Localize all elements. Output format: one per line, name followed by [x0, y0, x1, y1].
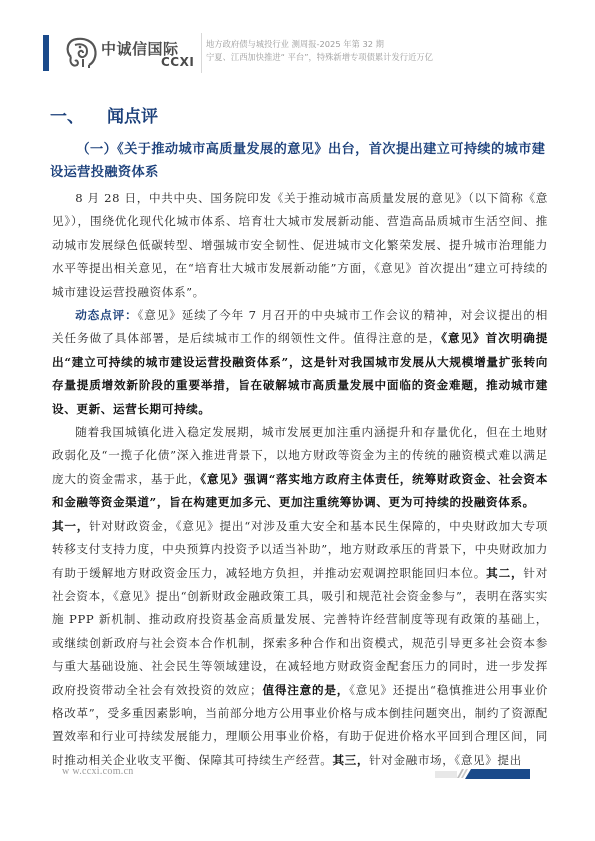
ccxi-logo: 中诚信国际 CCXI: [63, 35, 203, 71]
elephant-logo-icon: [63, 35, 103, 71]
section-number: 一、: [50, 102, 107, 127]
subsection-title: （一）《关于推动城市高质量发展的意见》出台，首次提出建立可持续的城市建设运营投融…: [50, 142, 545, 180]
page-header: 中诚信国际 CCXI 地方政府债与城投行业 测周报-2025 年第 32 期 宁…: [43, 33, 563, 73]
header-accent-bar: [43, 35, 49, 71]
report-title-line2: 宁夏、江西加快推进“ 平台”，特殊新增专项债累计发行近万亿: [206, 51, 433, 64]
section-title: 闻点评: [107, 107, 158, 127]
notable-label: 值得注意的是，: [262, 683, 349, 697]
footer-decoration-bar: [435, 768, 530, 780]
commentary-label: 动态点评：: [75, 308, 137, 322]
paragraph-intro: 8 月 28 日，中共中央、国务院印发《关于推动城市高质量发展的意见》（以下简称…: [52, 187, 548, 304]
header-divider: [201, 33, 202, 73]
point-three-label: 其三，: [332, 753, 369, 767]
point-one-label: 其一，: [52, 519, 89, 533]
section-heading: 一、闻点评: [50, 102, 158, 127]
paragraph-details: 其一，针对财政资金，《意见》提出“对涉及重大安全和基本民生保障的，中央财政加大专…: [52, 515, 548, 772]
paragraph-background: 随着我国城镇化进入稳定发展期，城市发展更加注重内涵提升和存量优化，但在土地财政弱…: [52, 421, 548, 515]
footer-website-link[interactable]: w w.ccxi.com.cn: [62, 766, 134, 777]
logo-english-name: CCXI: [161, 55, 194, 69]
subsection-heading: （一）《关于推动城市高质量发展的意见》出台，首次提出建立可持续的城市建设运营投融…: [50, 138, 550, 184]
report-title: 地方政府债与城投行业 测周报-2025 年第 32 期 宁夏、江西加快推进“ 平…: [206, 38, 433, 64]
point-two-label: 其二，: [486, 566, 523, 580]
report-title-line1: 地方政府债与城投行业 测周报-2025 年第 32 期: [206, 38, 433, 51]
paragraph-commentary: 动态点评：《意见》延续了今年 7 月召开的中央城市工作会议的精神，对会议提出的相…: [52, 304, 548, 421]
article-body: 8 月 28 日，中共中央、国务院印发《关于推动城市高质量发展的意见》（以下简称…: [52, 187, 548, 772]
